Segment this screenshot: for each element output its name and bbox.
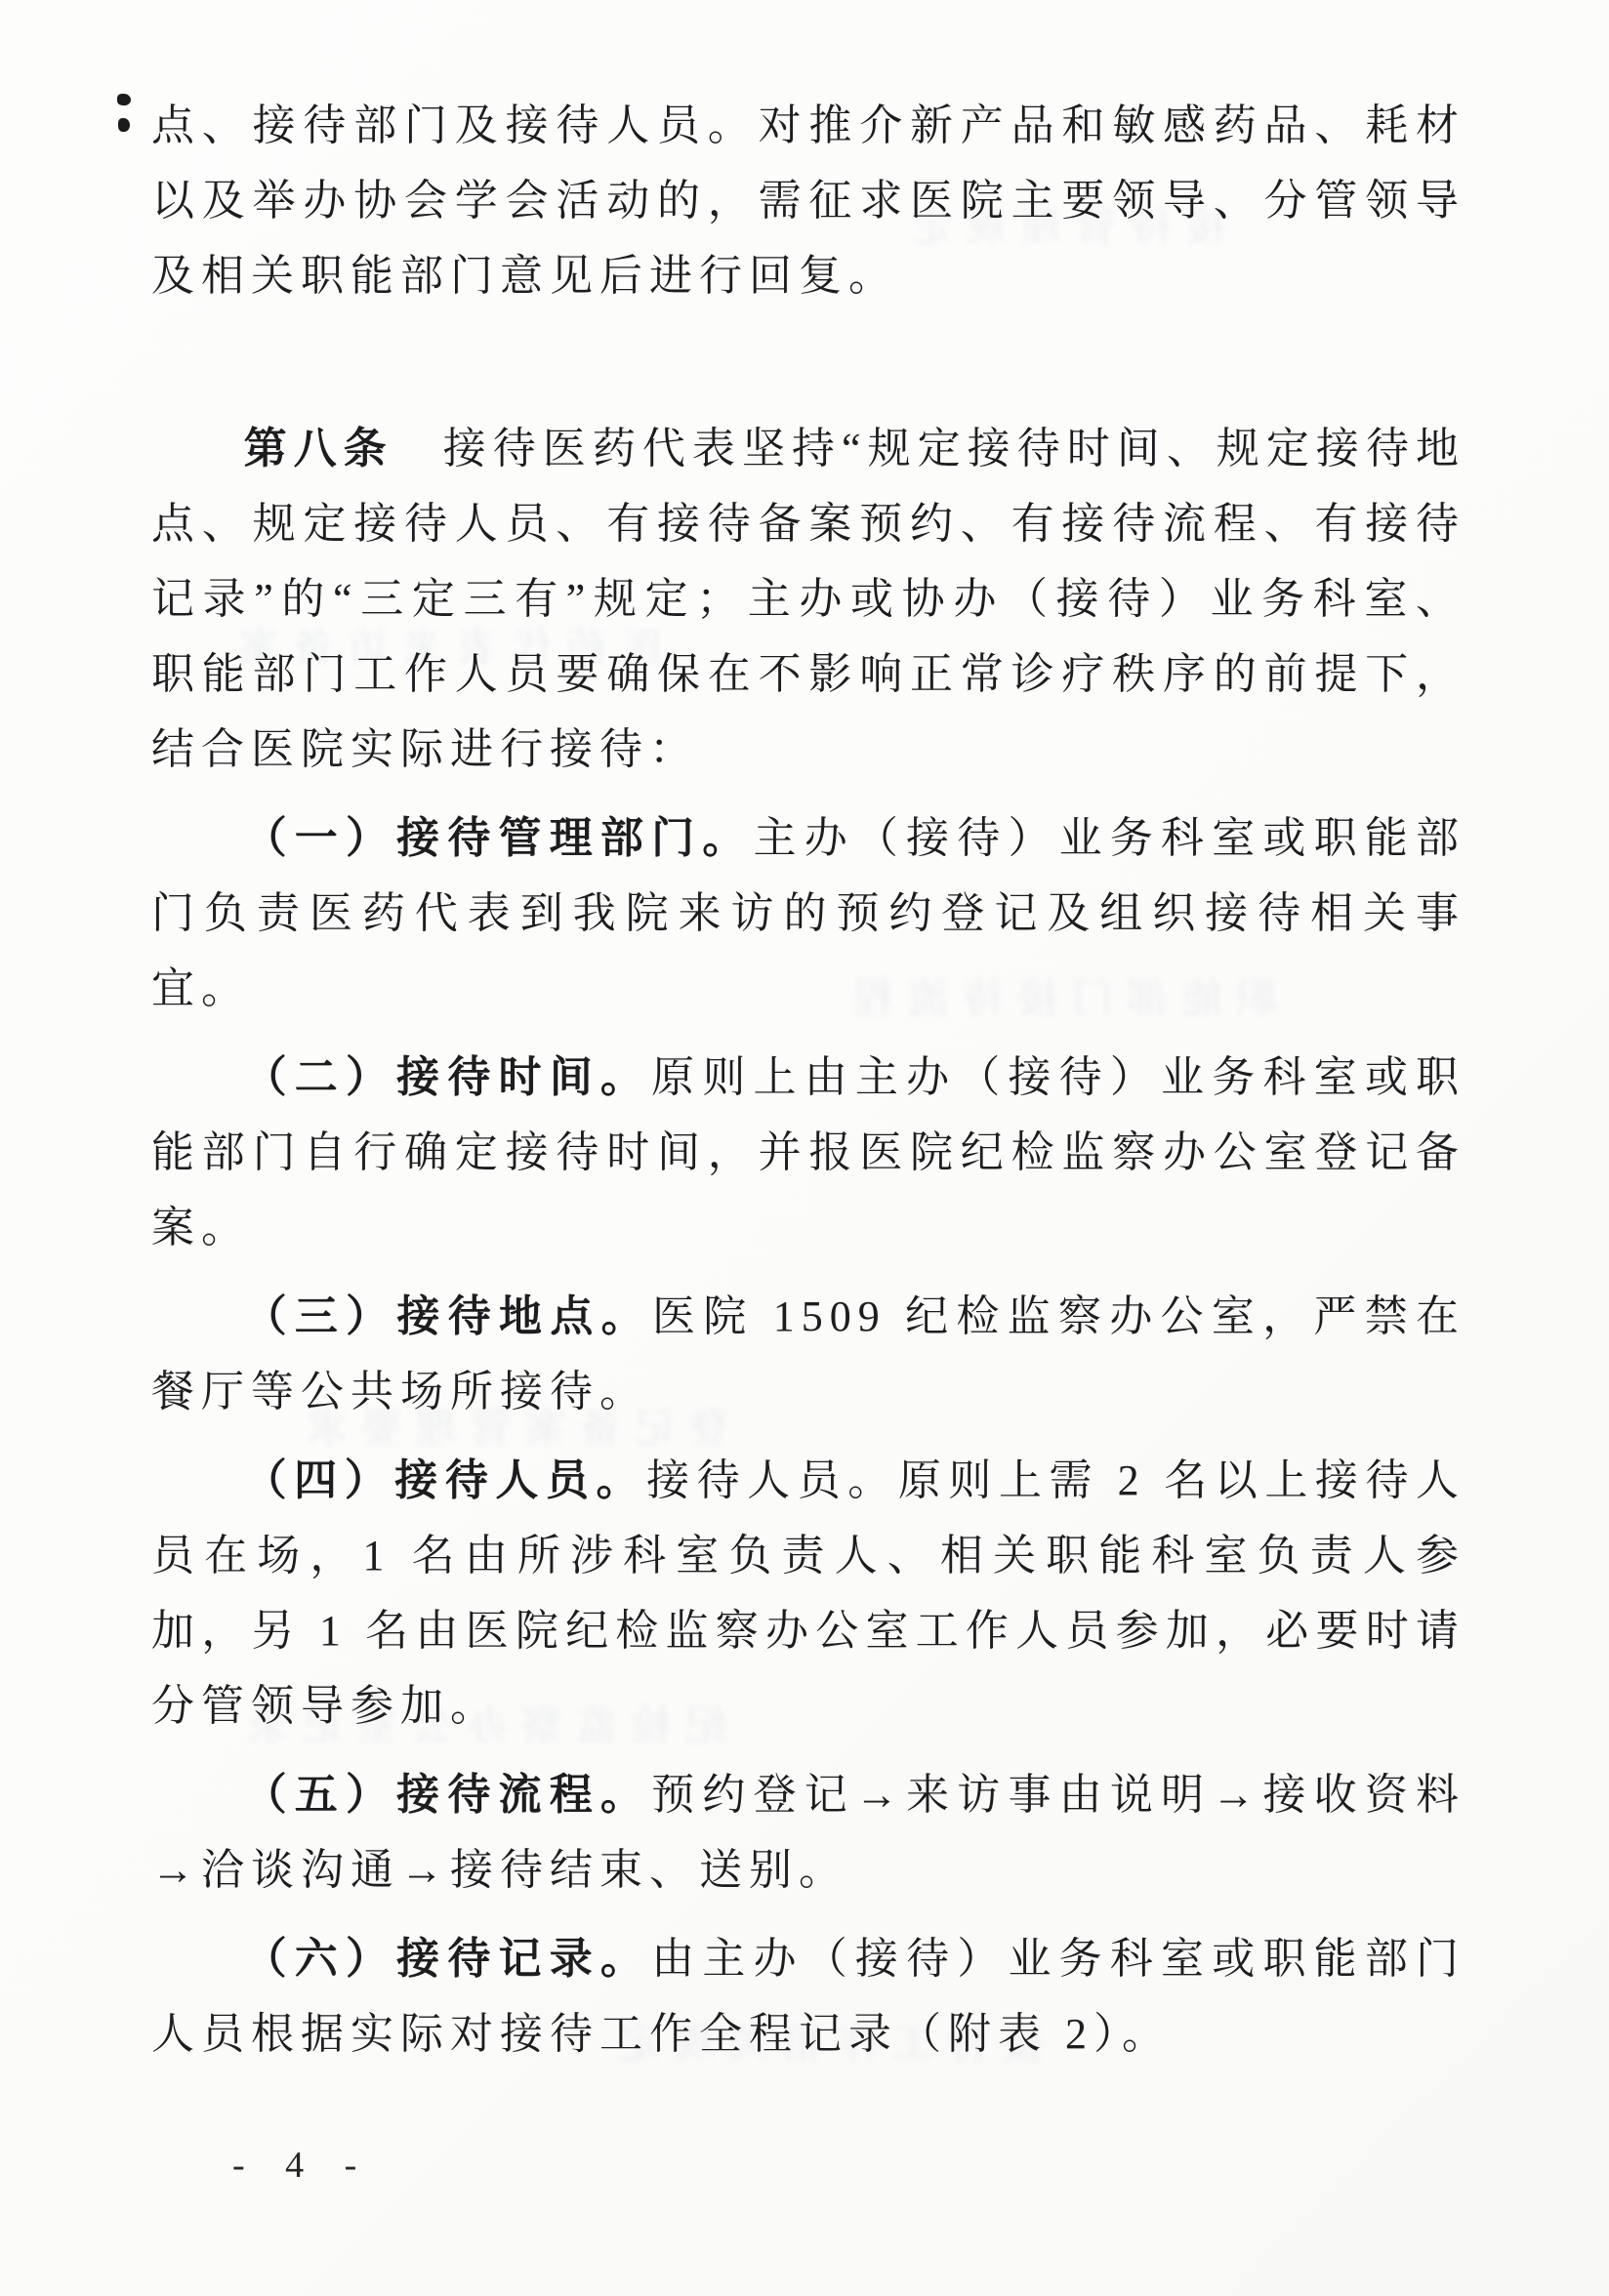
scan-artifact xyxy=(118,118,130,132)
paragraph-item-2: （二）接待时间。原则上由主办（接待）业务科室或职能部门自行确定接待时间，并报医院… xyxy=(151,1040,1465,1265)
item-6-heading: （六）接待记录。 xyxy=(244,1935,652,1983)
item-1-heading: （一）接待管理部门。 xyxy=(244,814,754,862)
paragraph-continuation-text: 点、接待部门及接待人员。对推介新产品和敏感药品、耗材以及举办协会学会活动的，需征… xyxy=(151,102,1465,300)
document-body: 点、接待部门及接待人员。对推介新产品和敏感药品、耗材以及举办协会学会活动的，需征… xyxy=(151,88,1465,2071)
item-3-heading: （三）接待地点。 xyxy=(244,1292,652,1340)
article-8-label: 第八条 xyxy=(244,425,393,472)
item-2-heading: （二）接待时间。 xyxy=(244,1053,652,1101)
item-4-heading: （四）接待人员。 xyxy=(244,1456,646,1504)
article-8-text: 接待医药代表坚持“规定接待时间、规定接待地点、规定接待人员、有接待备案预约、有接… xyxy=(151,425,1465,773)
paragraph-item-1: （一）接待管理部门。主办（接待）业务科室或职能部门负责医药代表到我院来访的预约登… xyxy=(151,800,1465,1026)
paragraph-continuation: 点、接待部门及接待人员。对推介新产品和敏感药品、耗材以及举办协会学会活动的，需征… xyxy=(151,88,1465,313)
page-number: - 4 - xyxy=(232,2144,372,2187)
scan-artifact xyxy=(117,94,131,105)
paragraph-item-4: （四）接待人员。接待人员。原则上需 2 名以上接待人员在场，1 名由所涉科室负责… xyxy=(151,1443,1465,1743)
paragraph-item-5: （五）接待流程。预约登记→来访事由说明→接收资料→洽谈沟通→接待结束、送别。 xyxy=(151,1757,1465,1907)
paragraph-article-8: 第八条 接待医药代表坚持“规定接待时间、规定接待地点、规定接待人员、有接待备案预… xyxy=(151,411,1465,787)
document-page: 接待管理规定 医药代表来访备案 职能部门接待流程 登记备案管理要求 纪检监察办公… xyxy=(0,0,1609,2296)
paragraph-item-6: （六）接待记录。由主办（接待）业务科室或职能部门人员根据实际对接待工作全程记录（… xyxy=(151,1921,1465,2071)
item-5-heading: （五）接待流程。 xyxy=(244,1771,652,1819)
paragraph-item-3: （三）接待地点。医院 1509 纪检监察办公室，严禁在餐厅等公共场所接待。 xyxy=(151,1279,1465,1429)
